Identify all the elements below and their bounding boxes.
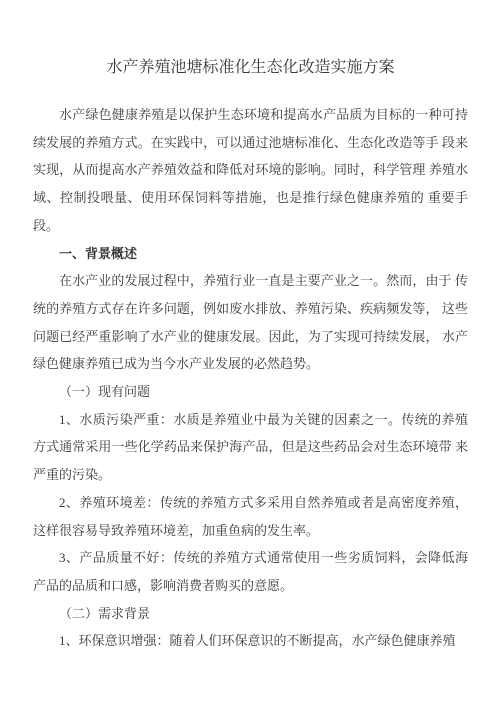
document-title: 水产养殖池塘标准化生态化改造实施方案 — [33, 57, 468, 79]
sub-heading-existing-problems: （一）现有问题 — [33, 378, 468, 406]
list-item-water-pollution: 1、水质污染严重：水质是养殖业中最为关键的因素之一。传统的养殖 方式通常采用一些… — [33, 406, 468, 489]
list-item-environmental-awareness: 1、环保意识增强：随着人们环保意识的不断提高，水产绿色健康养殖 — [33, 627, 468, 655]
section-heading-background-overview: 一、背景概述 — [33, 240, 468, 268]
sub-heading-demand-background: （二）需求背景 — [33, 600, 468, 628]
list-item-poor-quality: 3、产品质量不好：传统的养殖方式通常使用一些劣质饲料，会降低海 产品的品质和口感… — [33, 544, 468, 599]
intro-paragraph: 水产绿色健康养殖是以保护生态环境和提高水产品质为目标的一种可持续发展的养殖方式。… — [33, 101, 468, 240]
list-item-poor-environment: 2、养殖环境差：传统的养殖方式多采用自然养殖或者是高密度养殖，这样很容易导致养殖… — [33, 489, 468, 544]
document-page: 水产养殖池塘标准化生态化改造实施方案 水产绿色健康养殖是以保护生态环境和提高水产… — [0, 0, 500, 714]
section-body-paragraph: 在水产业的发展过程中，养殖行业一直是主要产业之一。然而，由于 传统的养殖方式存在… — [33, 267, 468, 378]
document-body: 水产养殖池塘标准化生态化改造实施方案 水产绿色健康养殖是以保护生态环境和提高水产… — [0, 0, 500, 655]
